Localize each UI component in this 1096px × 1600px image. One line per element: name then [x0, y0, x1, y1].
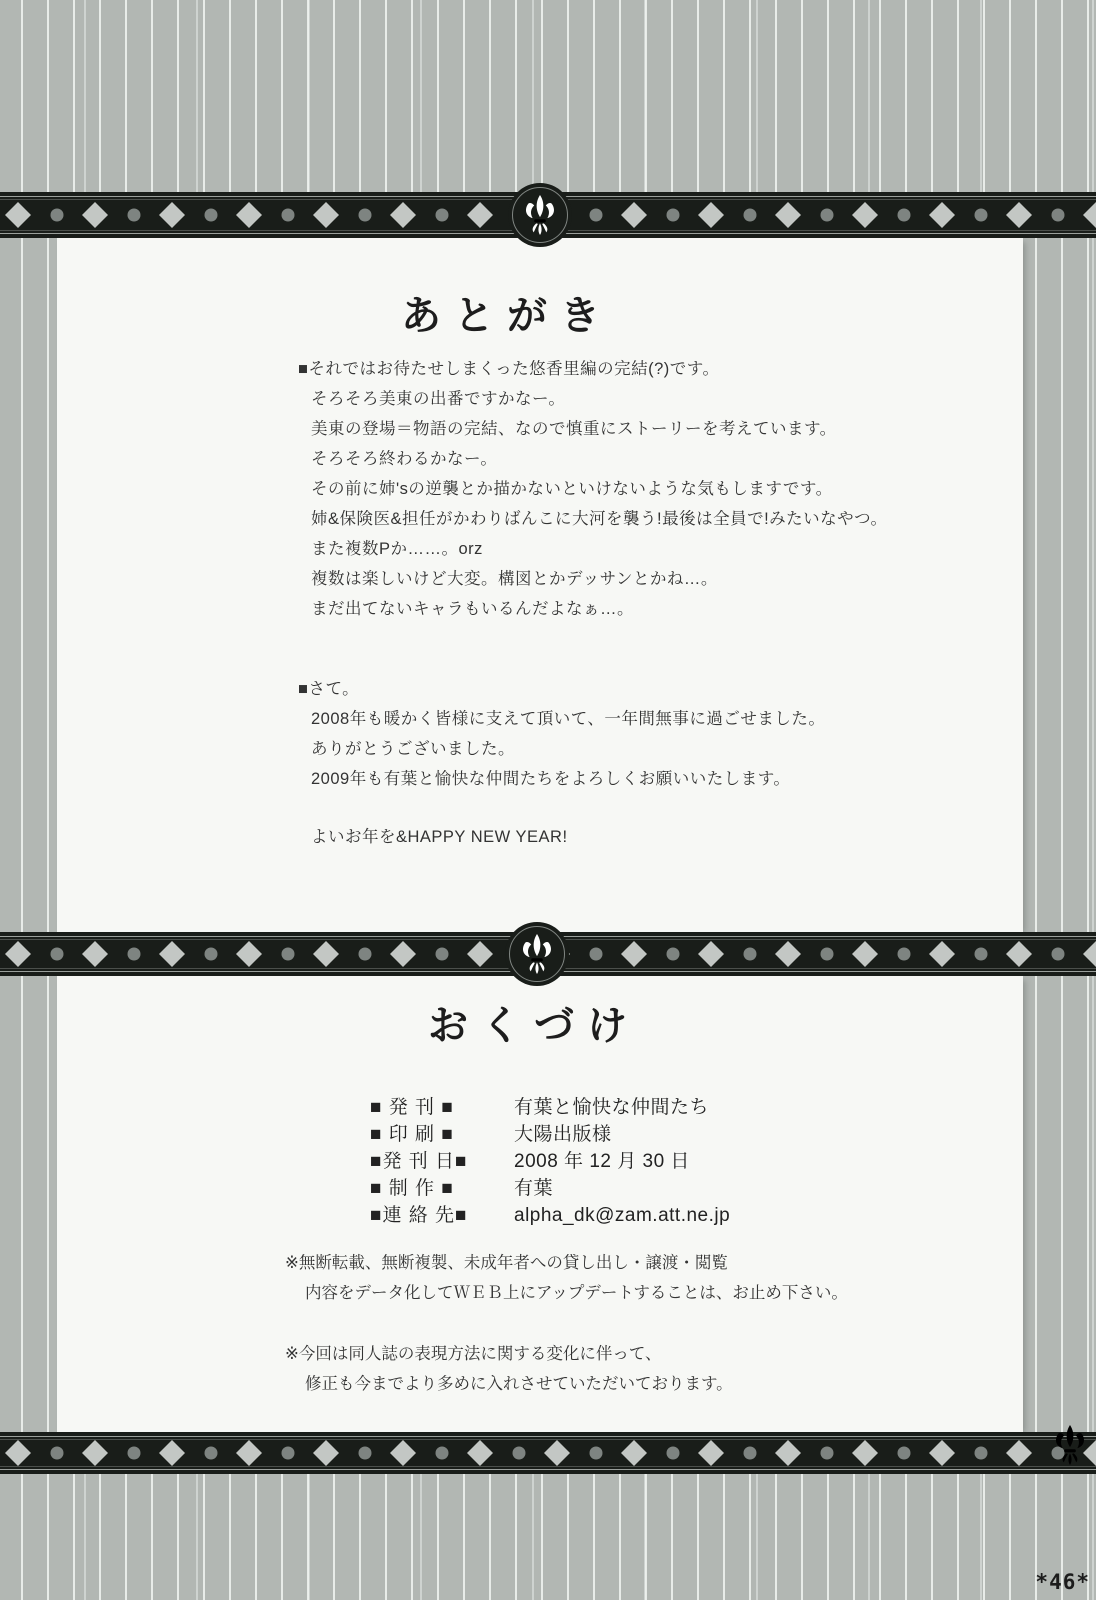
fleur-medallion-top: [508, 183, 572, 247]
colophon-label: ■ 印 刷 ■: [370, 1121, 508, 1148]
afterword-line: また複数Pか……。orz: [298, 534, 888, 564]
closing-greeting: よいお年を&HAPPY NEW YEAR!: [311, 822, 568, 852]
colophon-value: 有葉と愉快な仲間たち: [508, 1094, 709, 1121]
afterword-panel: あとがき ■それではお待たせしまくった悠香里編の完結(?)です。 そろそろ美東の…: [57, 238, 1023, 933]
afterword-title: あとがき: [57, 284, 1023, 341]
colophon-label: ■発 刊 日■: [370, 1148, 508, 1175]
colophon-row-contact: ■連 絡 先■ alpha_dk@zam.att.ne.jp: [370, 1202, 730, 1229]
afterword-line: そろそろ終わるかなー。: [298, 444, 888, 474]
afterword-line: 2008年も暖かく皆様に支えて頂いて、一年間無事に過ごせました。: [298, 704, 825, 734]
afterword-paragraph-2: ■さて。 2008年も暖かく皆様に支えて頂いて、一年間無事に過ごせました。 あり…: [298, 674, 825, 794]
fleur-de-lis-icon: [522, 1424, 1096, 1466]
page-number: *46*: [1035, 1570, 1090, 1594]
colophon-email: alpha_dk@zam.att.ne.jp: [508, 1202, 730, 1229]
notice-line: 修正も今までより多めに入れさせていただいております。: [285, 1369, 848, 1399]
colophon-panel: おくづけ ■ 発 刊 ■ 有葉と愉快な仲間たち ■ 印 刷 ■ 大陽出版様 ■発…: [57, 976, 1023, 1433]
fleur-de-lis-icon: [520, 933, 554, 975]
afterword-line: 姉&保険医&担任がかわりばんこに大河を襲う!最後は全員で!みたいなやつ。: [298, 504, 888, 534]
notice-line: ※今回は同人誌の表現方法に関する変化に伴って、: [285, 1339, 848, 1369]
fleur-medallion-middle: [505, 922, 569, 986]
afterword-line: そろそろ美東の出番ですかなー。: [298, 384, 888, 414]
afterword-line: まだ出てないキャラもいるんだよなぁ…。: [298, 594, 888, 624]
colophon-row-printer: ■ 印 刷 ■ 大陽出版様: [370, 1121, 730, 1148]
colophon-value: 2008 年 12 月 30 日: [508, 1148, 690, 1175]
colophon-row-publisher: ■ 発 刊 ■ 有葉と愉快な仲間たち: [370, 1094, 730, 1121]
afterword-line: ■それではお待たせしまくった悠香里編の完結(?)です。: [298, 354, 888, 384]
colophon-label: ■ 発 刊 ■: [370, 1094, 508, 1121]
fleur-de-lis-icon: [523, 194, 557, 236]
colophon-title: おくづけ: [57, 994, 1023, 1051]
colophon-table: ■ 発 刊 ■ 有葉と愉快な仲間たち ■ 印 刷 ■ 大陽出版様 ■発 刊 日■…: [370, 1094, 730, 1229]
decorative-divider-bottom: [0, 1432, 1096, 1474]
afterword-closing: よいお年を&HAPPY NEW YEAR!: [311, 822, 568, 852]
colophon-label: ■連 絡 先■: [370, 1202, 508, 1229]
afterword-line: ありがとうございました。: [298, 734, 825, 764]
afterword-line: その前に姉'sの逆襲とか描かないといけないような気もしますです。: [298, 474, 888, 504]
colophon-row-production: ■ 制 作 ■ 有葉: [370, 1175, 730, 1202]
afterword-line: 美東の登場＝物語の完結、なので慎重にストーリーを考えています。: [298, 414, 888, 444]
afterword-line: 2009年も有葉と愉快な仲間たちをよろしくお願いいたします。: [298, 764, 825, 794]
scanned-doujinshi-page: あとがき ■それではお待たせしまくった悠香里編の完結(?)です。 そろそろ美東の…: [0, 0, 1096, 1600]
colophon-value: 有葉: [508, 1175, 553, 1202]
notice-no-reproduction: ※無断転載、無断複製、未成年者への貸し出し・譲渡・閲覧 内容をデータ化してＷＥＢ…: [285, 1248, 848, 1308]
notice-line: ※無断転載、無断複製、未成年者への貸し出し・譲渡・閲覧: [285, 1248, 848, 1278]
afterword-line: ■さて。: [298, 674, 825, 704]
colophon-value: 大陽出版様: [508, 1121, 612, 1148]
colophon-row-publish-date: ■発 刊 日■ 2008 年 12 月 30 日: [370, 1148, 730, 1175]
afterword-paragraph-1: ■それではお待たせしまくった悠香里編の完結(?)です。 そろそろ美東の出番ですか…: [298, 354, 888, 624]
colophon-notices: ※無断転載、無断複製、未成年者への貸し出し・譲渡・閲覧 内容をデータ化してＷＥＢ…: [285, 1248, 848, 1430]
notice-line: 内容をデータ化してＷＥＢ上にアップデートすることは、お止め下さい。: [285, 1278, 848, 1308]
colophon-label: ■ 制 作 ■: [370, 1175, 508, 1202]
afterword-line: 複数は楽しいけど大変。構図とかデッサンとかね…。: [298, 564, 888, 594]
notice-censorship: ※今回は同人誌の表現方法に関する変化に伴って、 修正も今までより多めに入れさせて…: [285, 1339, 848, 1399]
